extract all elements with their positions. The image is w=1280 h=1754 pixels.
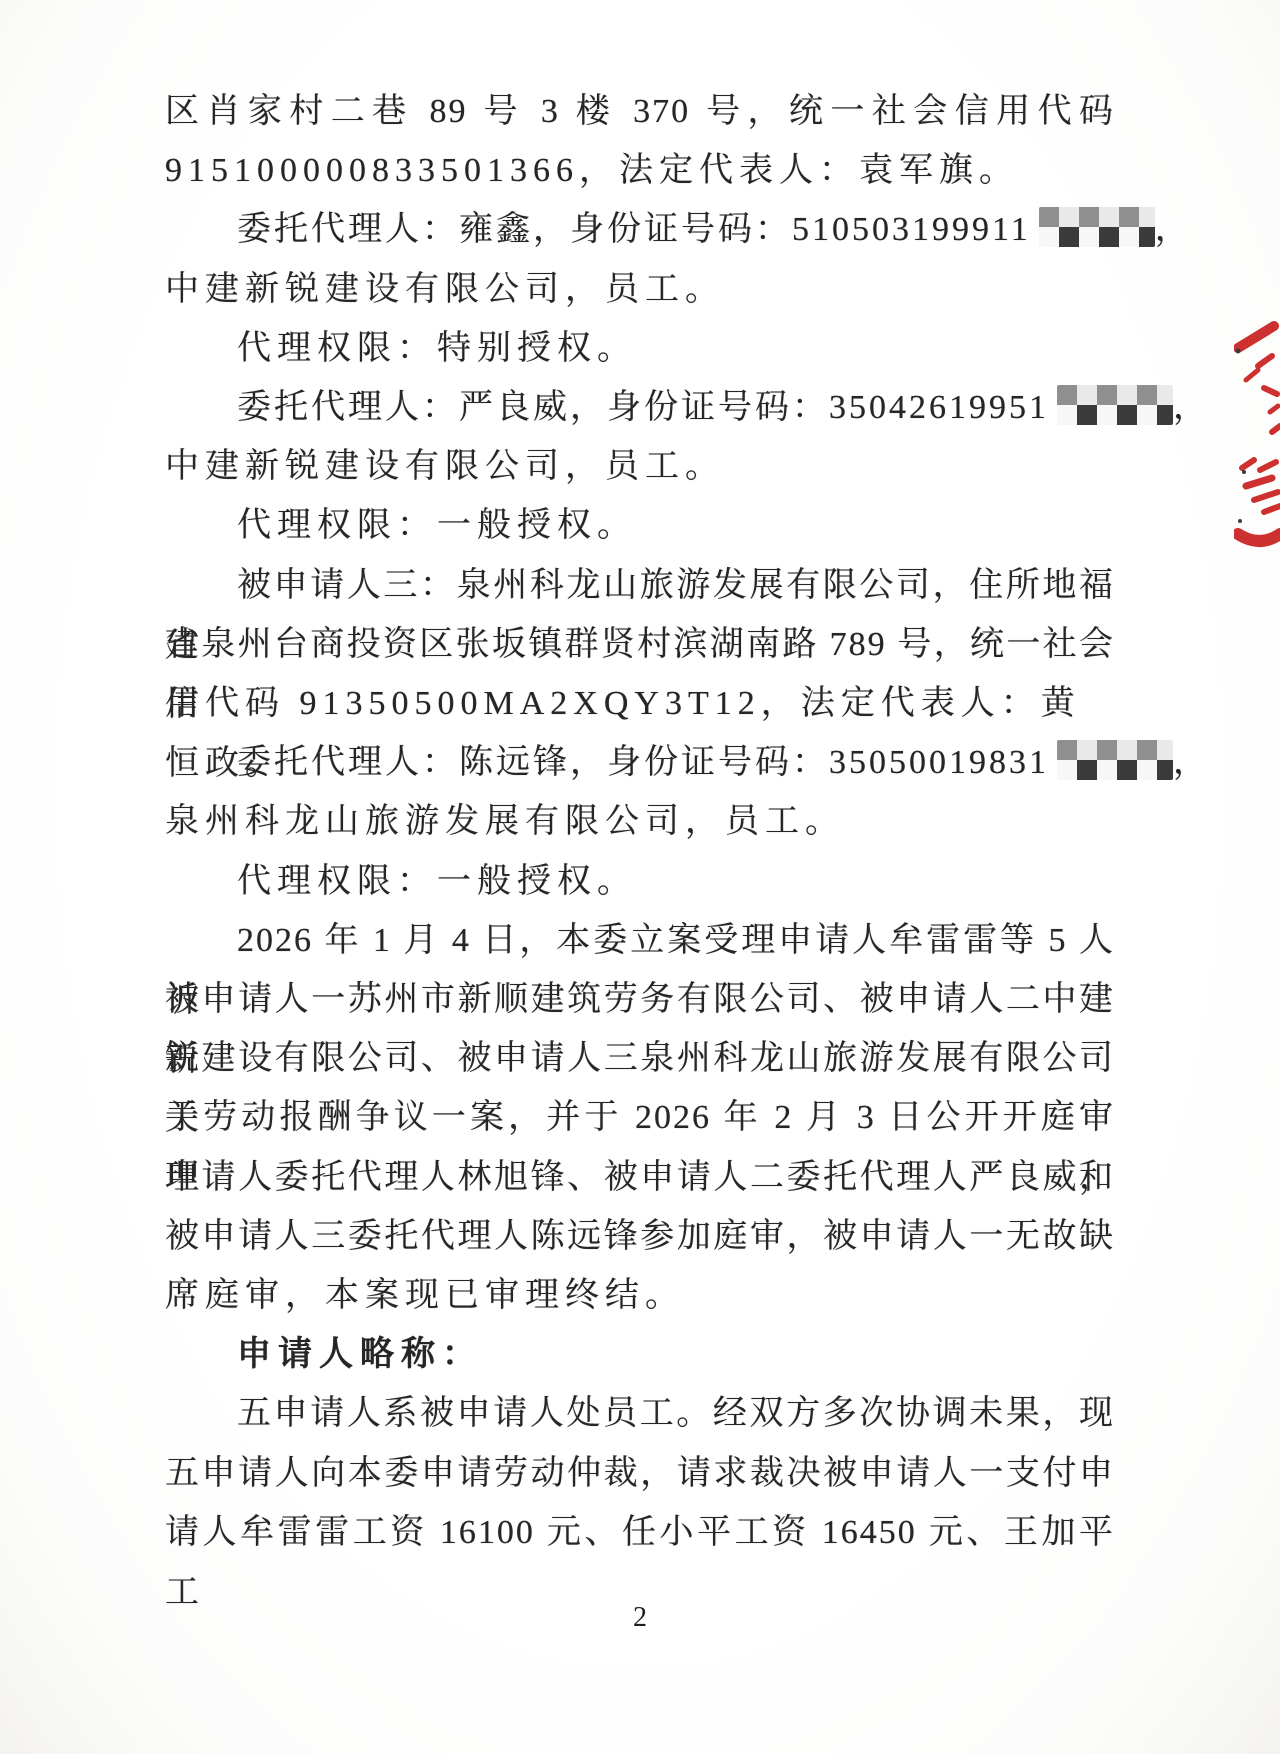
- document-line: 915100000833501366，法定代表人：袁军旗。: [165, 141, 1115, 201]
- document-line: 代理权限：一般授权。: [165, 852, 1115, 912]
- document-line: 被申请人三：泉州科龙山旅游发展有限公司，住所地福建: [165, 556, 1115, 616]
- document-line: 于劳动报酬争议一案，并于 2026 年 2 月 3 日公开开庭审理，: [165, 1088, 1115, 1148]
- line-text-after-redaction: ，: [1173, 389, 1210, 426]
- document-line: 被申请人三委托代理人陈远锋参加庭审，被申请人一无故缺: [165, 1207, 1115, 1267]
- redacted-id-mosaic: [1039, 207, 1155, 247]
- line-text: 中建新锐建设有限公司，员工。: [165, 448, 725, 485]
- document-line: 申请人略称：: [165, 1325, 1115, 1385]
- document-line: 委托代理人：严良威，身份证号码：35042619951，: [165, 378, 1115, 438]
- document-line: 代理权限：一般授权。: [165, 496, 1115, 556]
- document-line: 泉州科龙山旅游发展有限公司，员工。: [165, 792, 1115, 852]
- line-text: 五申请人向本委申请劳动仲裁，请求裁决被申请人一支付申: [165, 1455, 1115, 1492]
- document-line: 2026 年 1 月 4 日，本委立案受理申请人牟雷雷等 5 人诉: [165, 911, 1115, 971]
- line-text: 席庭审，本案现已审理终结。: [165, 1277, 685, 1314]
- line-text: 请人牟雷雷工资 16100 元、任小平工资 16450 元、王加平工: [165, 1514, 1115, 1611]
- document-line: 申请人委托代理人林旭锋、被申请人二委托代理人严良威和: [165, 1148, 1115, 1208]
- document-line: 请人牟雷雷工资 16100 元、任小平工资 16450 元、王加平工: [165, 1503, 1115, 1563]
- line-text: 区肖家村二巷 89 号 3 楼 370 号，统一社会信用代码: [165, 93, 1115, 130]
- line-text: 代理权限：一般授权。: [237, 507, 637, 544]
- document-line: 区肖家村二巷 89 号 3 楼 370 号，统一社会信用代码: [165, 82, 1115, 142]
- document-line: 委托代理人：雍鑫，身份证号码：510503199911，: [165, 200, 1115, 260]
- line-text: 委托代理人：雍鑫，身份证号码：510503199911: [237, 211, 1031, 248]
- seal-strokes: [1234, 320, 1280, 552]
- scanned-document-page: 区肖家村二巷 89 号 3 楼 370 号，统一社会信用代码9151000008…: [0, 0, 1280, 1754]
- line-text: 泉州科龙山旅游发展有限公司，员工。: [165, 803, 845, 840]
- document-line: 五申请人系被申请人处员工。经双方多次协调未果，现: [165, 1384, 1115, 1444]
- document-line: 席庭审，本案现已审理终结。: [165, 1266, 1115, 1326]
- line-text: 申请人略称：: [237, 1336, 483, 1373]
- line-text-after-redaction: ，: [1173, 744, 1210, 781]
- document-line: 省泉州台商投资区张坂镇群贤村滨湖南路 789 号，统一社会信: [165, 615, 1115, 675]
- line-text: 被申请人三委托代理人陈远锋参加庭审，被申请人一无故缺: [165, 1218, 1115, 1255]
- document-line: 五申请人向本委申请劳动仲裁，请求裁决被申请人一支付申: [165, 1444, 1115, 1504]
- document-line: 被申请人一苏州市新顺建筑劳务有限公司、被申请人二中建新: [165, 970, 1115, 1030]
- document-line: 中建新锐建设有限公司，员工。: [165, 260, 1115, 320]
- document-line: 锐建设有限公司、被申请人三泉州科龙山旅游发展有限公司关: [165, 1029, 1115, 1089]
- document-line: 委托代理人：陈远锋，身份证号码：35050019831，: [165, 733, 1115, 793]
- red-seal-fragment: [1234, 320, 1280, 552]
- line-text-after-redaction: ，: [1155, 211, 1192, 248]
- line-text: 申请人委托代理人林旭锋、被申请人二委托代理人严良威和: [165, 1159, 1115, 1196]
- line-text: 委托代理人：严良威，身份证号码：35042619951: [237, 389, 1049, 426]
- line-text: 中建新锐建设有限公司，员工。: [165, 271, 725, 308]
- redacted-id-mosaic: [1057, 385, 1173, 425]
- line-text: 代理权限：一般授权。: [237, 863, 637, 900]
- document-line: 用代码 91350500MA2XQY3T12，法定代表人：黄恒政。: [165, 674, 1115, 734]
- line-text: 915100000833501366，法定代表人：袁军旗。: [165, 152, 1019, 189]
- page-number: 2: [0, 1598, 1280, 1638]
- line-text: 五申请人系被申请人处员工。经双方多次协调未果，现: [237, 1395, 1115, 1432]
- redacted-id-mosaic: [1057, 740, 1173, 780]
- line-text: 委托代理人：陈远锋，身份证号码：35050019831: [237, 744, 1049, 781]
- document-line: 中建新锐建设有限公司，员工。: [165, 437, 1115, 497]
- line-text: 代理权限：特别授权。: [237, 330, 637, 367]
- document-line: 代理权限：特别授权。: [165, 319, 1115, 379]
